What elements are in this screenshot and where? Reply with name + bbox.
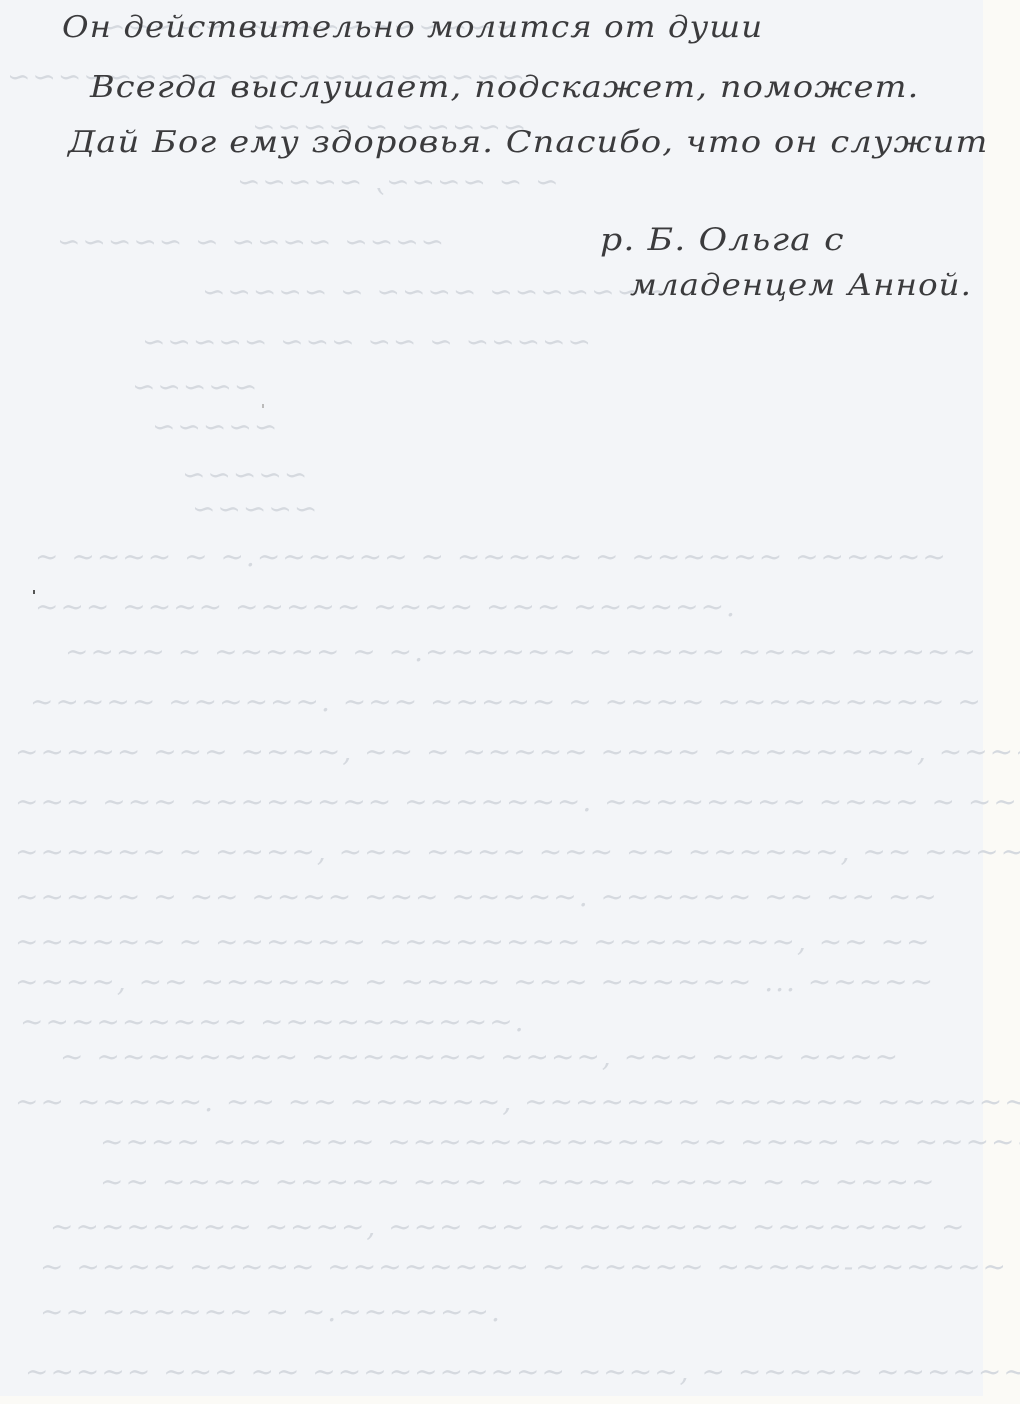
handwritten-line-1: Он действительно молится от души	[62, 10, 763, 45]
ghost-line: ~~~ ~~~~ ~~~~~ ~~~~ ~~~ ~~~~~~.	[35, 590, 737, 623]
ink-speck	[33, 590, 35, 594]
ghost-line: ~~~~~	[190, 492, 317, 525]
ghost-line: ~~~~~	[150, 410, 277, 443]
signature-line-1: р. Б. Ольга с	[600, 222, 845, 258]
ghost-line: ~~~~~~~~ ~~~~, ~~~ ~~ ~~~~~~~~ ~~~~~~~ ~	[50, 1210, 967, 1243]
ghost-line: ~~~~ ~~~ ~~~ ~~~~~~~~~~~ ~~ ~~~~ ~~ ~~~~…	[100, 1125, 1020, 1158]
handwritten-line-3: Дай Бог ему здоровья. Спасибо, что он сл…	[68, 125, 989, 160]
ghost-line: ~~ ~~~~~. ~~ ~~ ~~~~~~, ~~~~~~~ ~~~~~~ ~…	[15, 1085, 1020, 1118]
signature-line-2: младенцем Анной.	[630, 268, 972, 303]
ghost-line: ~~~~ ~ ~~~~~ ~ ~.~~~~~~ ~ ~~~~ ~~~~ ~~~~…	[65, 635, 978, 668]
scan-margin	[0, 1396, 1020, 1404]
scanned-page: ~~~~~~~~~~~ ~~~~~ ~~~~~~~~~~~ ~~~~~~~~~ …	[0, 0, 983, 1396]
ghost-line: ~~~~~ ~~~ ~~~~, ~~ ~ ~~~~~ ~~~~ ~~~~~~~~…	[15, 735, 1020, 768]
ghost-line: ~~~~, ~~ ~~~~~~ ~ ~~~~ ~~~ ~~~~~~ ... ~~…	[15, 965, 935, 998]
ghost-line: ~ ~~~~~~~~ ~~~~~~~ ~~~~, ~~~ ~~~ ~~~~	[60, 1040, 900, 1073]
ghost-line: ~~~~~ ~~~ ~~ ~~~~~~~~~~ ~~~~, ~ ~~~~~ ~~…	[25, 1355, 1020, 1388]
ghost-line: ~~ ~~~~~~ ~ ~.~~~~~~.	[40, 1295, 502, 1328]
ghost-line: ~~~~~~~ ~~~~ ~ ~~~~~	[200, 275, 666, 308]
ghost-line: ~~ ~~~~ ~~~~~ ~~~ ~ ~~~~ ~~~~ ~ ~ ~~~~	[100, 1165, 936, 1198]
ghost-line: ~~~~~	[180, 458, 307, 491]
ghost-line: ~~~~~ ~ ~~ ~~~ ~~~~~	[140, 325, 591, 358]
ghost-line: ~ ~~~~ ~ ~.~~~~~~ ~ ~~~~~ ~ ~~~~~~ ~~~~~…	[35, 540, 948, 573]
ghost-line: ~ ~~~~ ~~~~~ ~~~~~~~~ ~ ~~~~~ ~~~~~-~~~~…	[40, 1250, 1008, 1283]
ghost-line: ~~~~~ ~~~~~~. ~~~ ~~~~~ ~ ~~~~ ~~~~~~~~~…	[30, 685, 983, 718]
ink-speck	[262, 404, 264, 408]
handwritten-line-2: Всегда выслушает, подскажет, поможет.	[90, 70, 919, 105]
ghost-line: ~~~~~ ~ ~~ ~~~~ ~~~ ~~~~~. ~~~~~~ ~~ ~~ …	[15, 880, 939, 913]
ghost-line: ~~~~~~ ~ ~~~~, ~~~ ~~~~ ~~~ ~~ ~~~~~~, ~…	[15, 835, 1020, 868]
ghost-line: ~~~~~	[130, 370, 257, 403]
ghost-line: ~~~~ ~~~~ ~ ~~~~~	[55, 225, 444, 258]
ghost-line: ~~~~~~ ~ ~~~~~~ ~~~~~~~~ ~~~~~~~~, ~~ ~~	[15, 925, 932, 958]
ghost-line: ~~~~~~~~~ ~~~~~~~~~~.	[20, 1005, 526, 1038]
ghost-line: ~ ~ ~~~~, ~~~~~	[235, 165, 559, 198]
ghost-line: ~~~ ~~~ ~~~~~~~~ ~~~~~~~. ~~~~~~~~ ~~~~ …	[15, 785, 1020, 818]
